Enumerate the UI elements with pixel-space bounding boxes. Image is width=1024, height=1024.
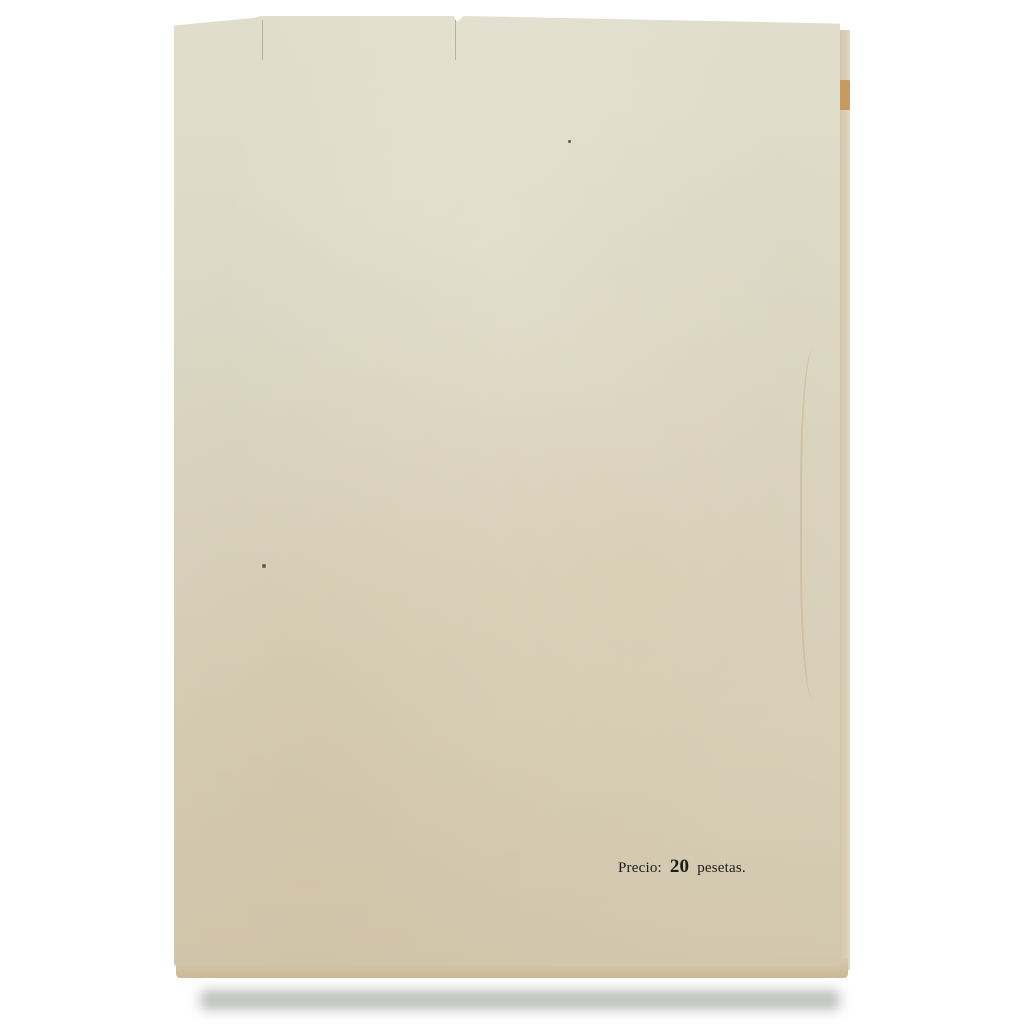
price-prefix: Precio: (618, 860, 662, 876)
price-amount: 20 (670, 856, 689, 877)
book-shadow (200, 990, 840, 1010)
tear-mark (455, 20, 456, 60)
water-stain (800, 350, 832, 700)
price-label: Precio: 20 pesetas. (618, 856, 746, 878)
paper-spot (262, 564, 266, 568)
paper-spot (568, 140, 571, 143)
price-suffix: pesetas. (697, 860, 746, 876)
book-back-cover (174, 16, 840, 966)
tear-mark (262, 20, 263, 60)
